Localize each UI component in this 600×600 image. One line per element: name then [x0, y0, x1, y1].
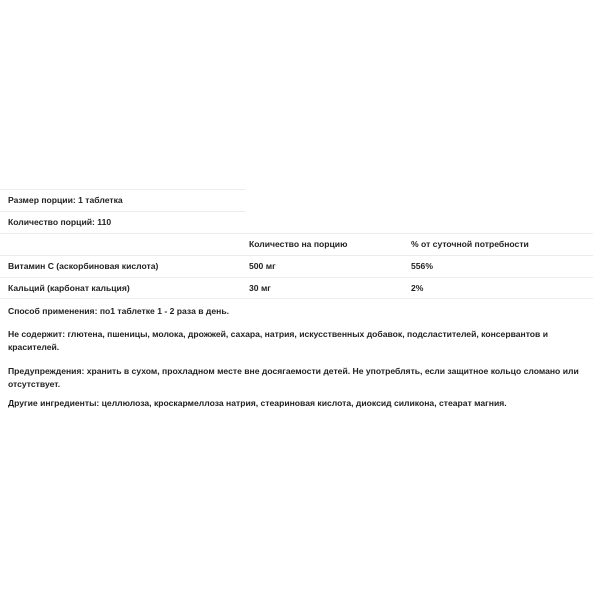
warnings-text: Предупреждения: хранить в сухом, прохлад…	[8, 365, 583, 391]
header-amount: Количество на порцию	[249, 234, 347, 255]
table-row: Кальций (карбонат кальция) 30 мг 2%	[0, 277, 593, 299]
table-row: Витамин С (аскорбиновая кислота) 500 мг …	[0, 255, 593, 277]
servings-count: Количество порций: 110	[8, 212, 111, 233]
usage-text: Способ применения: по1 таблетке 1 - 2 ра…	[8, 305, 593, 318]
table-header-row: Количество на порцию % от суточной потре…	[0, 233, 593, 255]
nutrient-amount: 30 мг	[249, 278, 271, 299]
nutrient-name: Кальций (карбонат кальция)	[8, 278, 130, 299]
nutrient-daily-value: 2%	[411, 278, 423, 299]
nutrient-daily-value: 556%	[411, 256, 433, 277]
nutrient-name: Витамин С (аскорбиновая кислота)	[8, 256, 158, 277]
serving-size-row: Размер порции: 1 таблетка	[0, 189, 245, 211]
servings-count-row: Количество порций: 110	[0, 211, 245, 233]
supplement-facts: Размер порции: 1 таблетка Количество пор…	[0, 189, 600, 299]
nutrient-amount: 500 мг	[249, 256, 276, 277]
serving-size: Размер порции: 1 таблетка	[8, 190, 123, 211]
free-from-text: Не содержит: глютена, пшеницы, молока, д…	[8, 328, 568, 354]
header-daily-value: % от суточной потребности	[411, 234, 529, 255]
other-ingredients-text: Другие ингредиенты: целлюлоза, кроскарме…	[8, 397, 593, 410]
